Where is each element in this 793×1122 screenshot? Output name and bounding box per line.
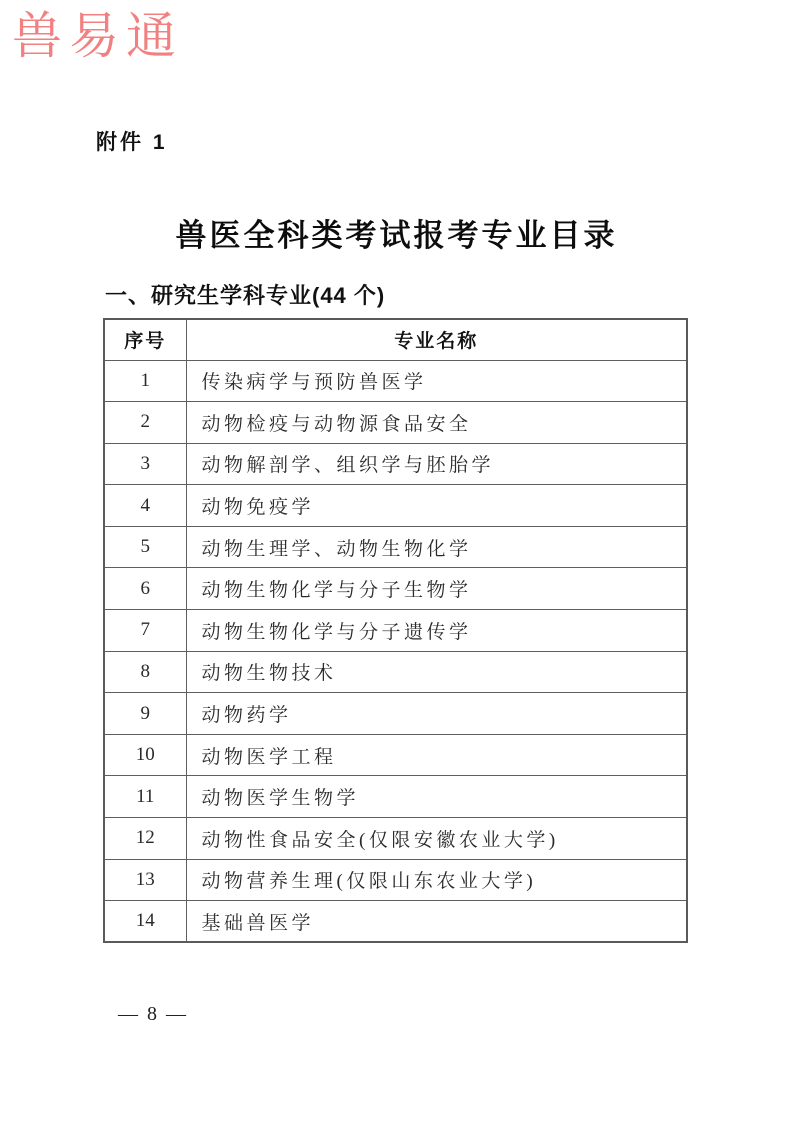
row-major-name: 动物医学生物学 [186,776,687,818]
row-serial-number: 12 [104,818,186,860]
header-serial-number: 序号 [104,319,186,360]
row-serial-number: 14 [104,901,186,943]
row-serial-number: 9 [104,693,186,735]
row-major-name: 动物解剖学、组织学与胚胎学 [186,443,687,485]
table-row: 7动物生物化学与分子遗传学 [104,610,687,652]
table-row: 2动物检疫与动物源食品安全 [104,402,687,444]
row-major-name: 动物营养生理(仅限山东农业大学) [186,859,687,901]
row-serial-number: 5 [104,526,186,568]
table-row: 4动物免疫学 [104,485,687,527]
table-row: 9动物药学 [104,693,687,735]
row-serial-number: 3 [104,443,186,485]
row-major-name: 动物免疫学 [186,485,687,527]
row-serial-number: 8 [104,651,186,693]
table-body: 1传染病学与预防兽医学2动物检疫与动物源食品安全3动物解剖学、组织学与胚胎学4动… [104,360,687,942]
row-major-name: 传染病学与预防兽医学 [186,360,687,402]
section-heading: 一、研究生学科专业(44 个) [105,279,385,310]
table-row: 14基础兽医学 [104,901,687,943]
table-row: 3动物解剖学、组织学与胚胎学 [104,443,687,485]
table-row: 8动物生物技术 [104,651,687,693]
row-major-name: 动物生理学、动物生物化学 [186,526,687,568]
document-page: 兽易通 附件 1 兽医全科类考试报考专业目录 一、研究生学科专业(44 个) 序… [0,0,793,1122]
majors-table: 序号 专业名称 1传染病学与预防兽医学2动物检疫与动物源食品安全3动物解剖学、组… [103,318,688,943]
row-major-name: 动物生物化学与分子生物学 [186,568,687,610]
table-row: 11动物医学生物学 [104,776,687,818]
row-major-name: 动物生物化学与分子遗传学 [186,610,687,652]
row-serial-number: 13 [104,859,186,901]
header-major-name: 专业名称 [186,319,687,360]
table-row: 1传染病学与预防兽医学 [104,360,687,402]
row-serial-number: 10 [104,734,186,776]
row-serial-number: 2 [104,402,186,444]
row-major-name: 动物生物技术 [186,651,687,693]
document-title: 兽医全科类考试报考专业目录 [0,210,793,255]
page-number: — 8 — [118,1003,188,1026]
row-serial-number: 11 [104,776,186,818]
row-major-name: 动物药学 [186,693,687,735]
row-serial-number: 6 [104,568,186,610]
row-serial-number: 1 [104,360,186,402]
attachment-label: 附件 1 [96,126,168,156]
table-row: 13动物营养生理(仅限山东农业大学) [104,859,687,901]
row-major-name: 基础兽医学 [186,901,687,943]
table-row: 10动物医学工程 [104,734,687,776]
row-serial-number: 4 [104,485,186,527]
row-major-name: 动物检疫与动物源食品安全 [186,402,687,444]
row-serial-number: 7 [104,610,186,652]
table-row: 5动物生理学、动物生物化学 [104,526,687,568]
table-header-row: 序号 专业名称 [104,319,687,360]
watermark-text: 兽易通 [12,0,183,68]
table-row: 6动物生物化学与分子生物学 [104,568,687,610]
row-major-name: 动物性食品安全(仅限安徽农业大学) [186,818,687,860]
row-major-name: 动物医学工程 [186,734,687,776]
table-row: 12动物性食品安全(仅限安徽农业大学) [104,818,687,860]
